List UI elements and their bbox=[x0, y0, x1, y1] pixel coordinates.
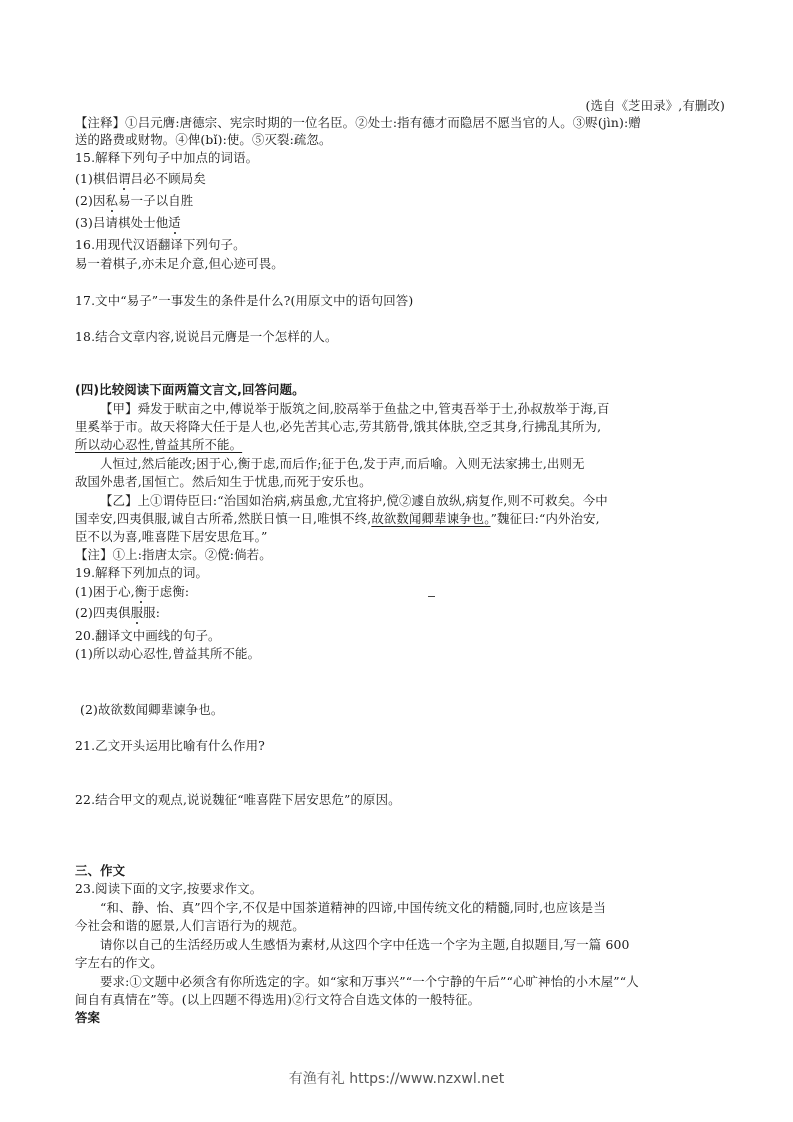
q23-p2-line-2: 字左右的作文。 bbox=[75, 954, 163, 971]
underlined-sentence: 故欲数闻卿辈谏争也。 bbox=[371, 511, 490, 526]
q23-p3-line-2: 间自有真情在”等。(以上四题不得选用)②行文符合自选文体的一般特征。 bbox=[75, 991, 480, 1008]
answer-heading: 答案 bbox=[75, 1009, 100, 1026]
jia-p2-line-1: 人恒过,然后能改;困于心,衡于虑,而后作;征于色,发于声,而后喻。入则无法家拂士… bbox=[75, 455, 585, 472]
notes-line-2: 送的路费或财物。④俾(bǐ):使。⑤灭裂:疏忽。 bbox=[75, 131, 332, 148]
text: 国幸安,四夷俱服,诚自古所希,然朕日慎一日,唯惧不终, bbox=[75, 511, 371, 526]
q19-item-2: (2)四夷俱服服: bbox=[75, 604, 160, 621]
dotted-char: 谓 bbox=[118, 171, 131, 186]
source-citation: (选自《芝田录》,有删改) bbox=[586, 97, 725, 114]
q15-item-1: (1)棋侣谓吕必不顾局矣 bbox=[75, 170, 206, 187]
q16-title: 16.用现代汉语翻译下列句子。 bbox=[75, 236, 246, 253]
dotted-char: 服 bbox=[131, 605, 144, 620]
text: ”魏征曰:“内外治安, bbox=[491, 511, 600, 526]
blank-dash bbox=[428, 596, 435, 597]
jia-p2-line-2: 敌国外患者,国恒亡。然后知生于忧患,而死于安乐也。 bbox=[75, 473, 372, 490]
jia-line-2: 里奚举于市。故天将降大任于是人也,必先苦其心志,劳其筋骨,饿其体肤,空乏其身,行… bbox=[75, 418, 601, 435]
text: 易一子以自胜 bbox=[118, 193, 193, 208]
section4-heading: (四)比较阅读下面两篇文言文,回答问题。 bbox=[75, 381, 305, 398]
yi-line-2: 国幸安,四夷俱服,诚自古所希,然朕日慎一日,唯惧不终,故欲数闻卿辈谏争也。”魏征… bbox=[75, 510, 600, 527]
q19-item-1: (1)困于心,衡于虑衡: bbox=[75, 583, 189, 600]
q23-p1-line-1: “和、静、怡、真”四个字,不仅是中国茶道精神的四谛,中国传统文化的精髓,同时,也… bbox=[75, 899, 606, 916]
yi-line-1: 【乙】上①谓侍臣曰:“治国如治病,病虽愈,尤宜将护,傥②遽自放纵,病复作,则不可… bbox=[75, 492, 608, 509]
text: 服: bbox=[143, 605, 160, 620]
jia-line-3-underlined: 所以动心忍性,曾益其所不能。 bbox=[75, 436, 242, 453]
footer-watermark: 有渔有礼 https://www.nzxwl.net bbox=[0, 1068, 793, 1088]
q20-item-1: (1)所以动心忍性,曾益其所不能。 bbox=[75, 645, 260, 662]
q15-item-2: (2)因私易一子以自胜 bbox=[75, 192, 193, 209]
q21: 21.乙文开头运用比喻有什么作用? bbox=[75, 737, 265, 754]
jia-line-1: 【甲】舜发于畎亩之中,傅说举于版筑之间,胶鬲举于鱼盐之中,管夷吾举于士,孙叔敖举… bbox=[75, 400, 610, 417]
q23-p2-line-1: 请你以自己的生活经历或人生感悟为素材,从这四个字中任选一个字为主题,自拟题目,写… bbox=[75, 936, 630, 953]
q20-title: 20.翻译文中画线的句子。 bbox=[75, 627, 221, 644]
q20-item-2: (2)故欲数闻卿辈谏争也。 bbox=[80, 701, 223, 718]
dotted-char: 私 bbox=[106, 193, 119, 208]
text: 于虑衡: bbox=[147, 584, 189, 599]
q18: 18.结合文章内容,说说吕元膺是一个怎样的人。 bbox=[75, 328, 338, 345]
q15-item-3: (3)吕请棋处士他适 bbox=[75, 214, 181, 231]
q15-title: 15.解释下列句子中加点的词语。 bbox=[75, 149, 258, 166]
q23-title: 23.阅读下面的文字,按要求作文。 bbox=[75, 880, 262, 897]
dotted-char: 衡 bbox=[135, 584, 148, 599]
text: (1)棋侣 bbox=[75, 171, 118, 186]
notes-line-1: 【注释】①吕元膺:唐德宗、宪宗时期的一位名臣。②处士:指有德才而隐居不愿当官的人… bbox=[75, 114, 641, 131]
q19-title: 19.解释下列加点的词。 bbox=[75, 564, 208, 581]
text: (2)四夷俱 bbox=[75, 605, 131, 620]
q16-sentence: 易一着棋子,亦未足介意,但心迹可畏。 bbox=[75, 255, 284, 272]
q23-p3-line-1: 要求:①文题中必须含有你所选定的字。如“家和万事兴”“一个宁静的午后”“心旷神怡… bbox=[75, 973, 639, 990]
q22: 22.结合甲文的观点,说说魏征“唯喜陛下居安思危”的原因。 bbox=[75, 791, 401, 808]
dotted-char: 适 bbox=[168, 215, 181, 230]
section4-notes: 【注】①上:指唐太宗。②傥:倘若。 bbox=[75, 546, 272, 563]
text: 吕必不顾局矣 bbox=[131, 171, 206, 186]
text: (1)困于心, bbox=[75, 584, 135, 599]
q23-p1-line-2: 今社会和谐的愿景,人们言语行为的规范。 bbox=[75, 917, 305, 934]
q17: 17.文中“易子”一事发生的条件是什么?(用原文中的语句回答) bbox=[75, 292, 413, 309]
text: (2)因 bbox=[75, 193, 106, 208]
section3-heading: 三、作文 bbox=[75, 862, 125, 879]
text: (3)吕请棋处士他 bbox=[75, 215, 168, 230]
yi-line-3: 臣不以为喜,唯喜陛下居安思危耳。” bbox=[75, 528, 267, 545]
